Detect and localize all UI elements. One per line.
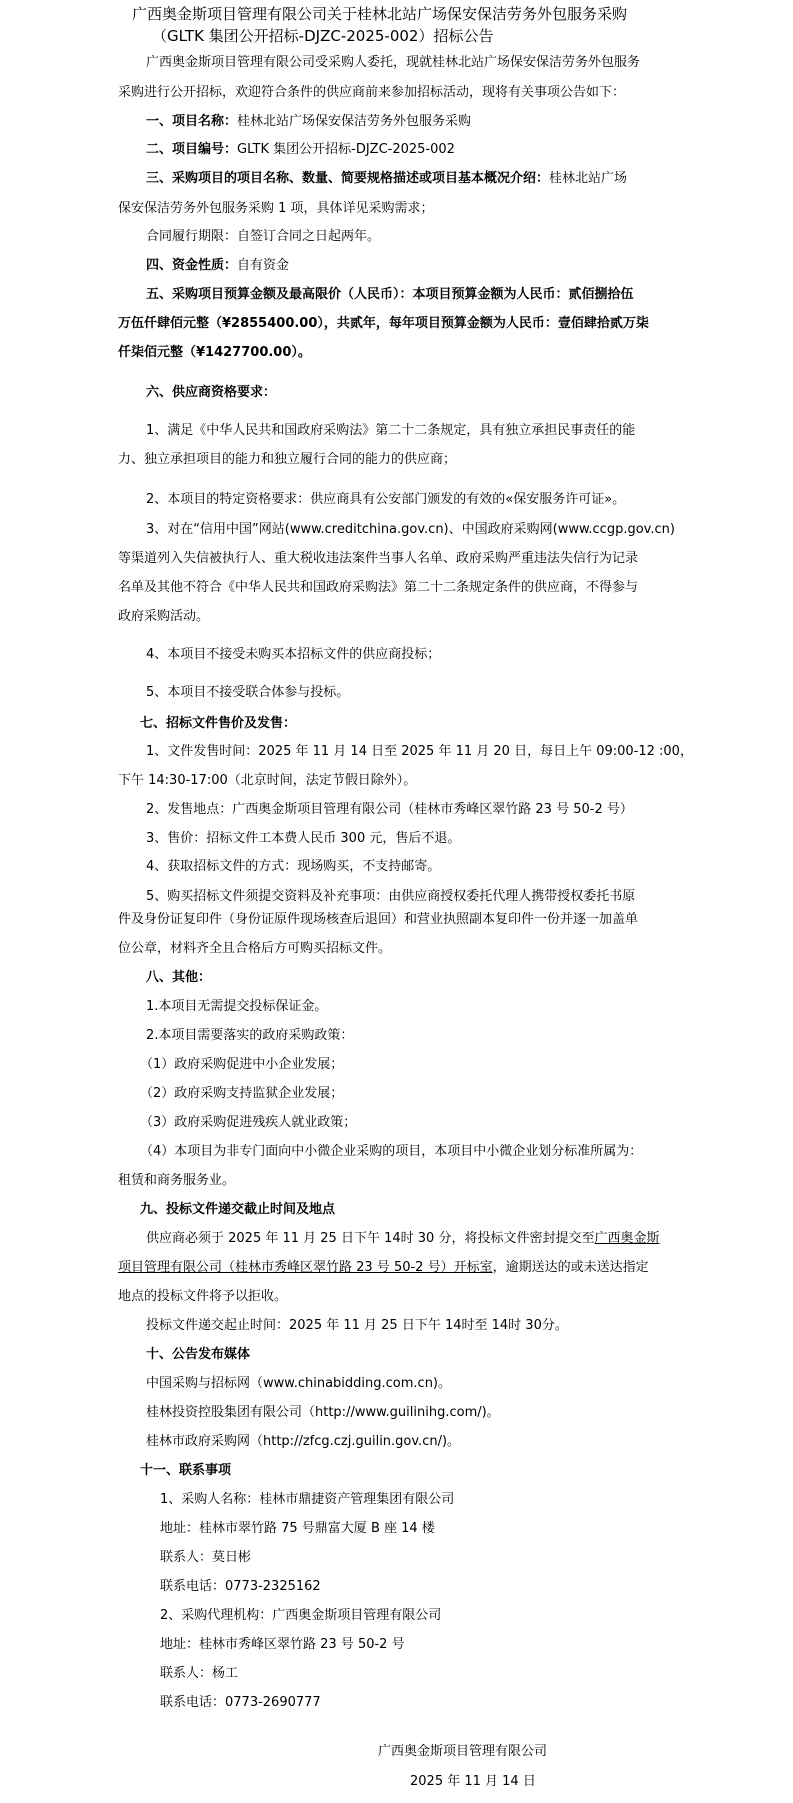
sale-time-line2: 下午 14:30-17:00（北京时间，法定节假日除外）。 [118,773,416,789]
qual-3-line4: 政府采购活动。 [118,609,209,625]
deadline-text: 供应商必须于 2025 年 11 月 25 日下午 14时 30 分，将投标文件… [146,1231,594,1246]
buyer-contact: 联系人：莫日彬 [160,1550,251,1566]
policy-4-line2: 租赁和商务服务业。 [118,1173,235,1189]
sale-time-line1: 1、文件发售时间：2025 年 11 月 14 日至 2025 年 11 月 2… [146,744,693,760]
document-title-line1: 广西奥金斯项目管理有限公司关于桂林北站广场保安保洁劳务外包服务采购 [132,5,627,23]
section-heading: 三、采购项目的项目名称、数量、简要规格描述或项目基本概况介绍： [146,171,549,186]
sale-method: 4、获取招标文件的方式：现场购买，不支持邮寄。 [146,859,440,875]
sale-docs-line2: 件及身份证复印件（身份证原件现场核查后退回）和营业执照副本复印件一份并逐一加盖单 [118,912,638,928]
agent-contact: 联系人：杨工 [160,1666,238,1682]
project-number-value: GLTK 集团公开招标-DJZC-2025-002 [237,142,455,157]
deadline-line3: 地点的投标文件将予以拒收。 [118,1289,287,1305]
qual-3-line3: 名单及其他不符合《中华人民共和国政府采购法》第二十二条规定条件的供应商，不得参与 [118,580,638,596]
signature-date: 2025 年 11 月 14 日 [410,1774,536,1790]
section-heading-deadline: 九、投标文件递交截止时间及地点 [140,1202,335,1218]
other-1: 1.本项目无需提交投标保证金。 [146,999,327,1015]
section-heading: 二、项目编号： [146,142,237,157]
agent-name: 2、采购代理机构：广西奥金斯项目管理有限公司 [160,1608,441,1624]
qual-4: 4、本项目不接受未购买本招标文件的供应商投标； [146,647,440,663]
section-heading: 一、项目名称： [146,114,237,129]
buyer-name: 1、采购人名称：桂林市鼎捷资产管理集团有限公司 [160,1492,454,1508]
buyer-address: 地址：桂林市翠竹路 75 号鼎富大厦 B 座 14 楼 [160,1521,435,1537]
agent-address: 地址：桂林市秀峰区翠竹路 23 号 50-2 号 [160,1637,405,1653]
qual-2: 2、本项目的特定资格要求：供应商具有公安部门颁发的有效的«保安服务许可证»。 [146,492,625,508]
budget-line1: 五、采购项目预算金额及最高限价（人民币）：本项目预算金额为人民币：贰佰捌拾伍 [146,287,634,303]
policy-2: （2）政府采购支持监狱企业发展； [140,1086,343,1102]
section-project-name: 一、项目名称：桂林北站广场保安保洁劳务外包服务采购 [146,114,471,130]
document-title-line2: （GLTK 集团公开招标-DJZC-2025-002）招标公告 [152,27,493,45]
funding-value: 自有资金 [237,258,289,273]
submission-window: 投标文件递交起止时间：2025 年 11 月 25 日下午 14时至 14时 3… [146,1318,568,1334]
budget-line2: 万伍仟肆佰元整（¥2855400.00），共贰年，每年项目预算金额为人民币：壹佰… [118,316,649,332]
policy-4-line1: （4）本项目为非专门面向中小微企业采购的项目，本项目中小微企业划分标准所属为： [140,1144,642,1160]
signature-company: 广西奥金斯项目管理有限公司 [378,1744,547,1760]
contract-period: 合同履行期限：自签订合同之日起两年。 [146,229,380,245]
sale-docs-line3: 位公章，材料齐全且合格后方可购买招标文件。 [118,941,391,957]
deadline-location-underlined: 项目管理有限公司（桂林市秀峰区翠竹路 23 号 50-2 号）开标室 [118,1260,493,1275]
section-heading-media: 十、公告发布媒体 [146,1347,250,1363]
section-project-number: 二、项目编号：GLTK 集团公开招标-DJZC-2025-002 [146,142,455,158]
section-heading: 四、资金性质： [146,258,237,273]
sale-price: 3、售价：招标文件工本费人民币 300 元，售后不退。 [146,831,460,847]
buyer-phone: 联系电话：0773-2325162 [160,1579,321,1595]
section-heading-other: 八、其他： [146,970,211,986]
qual-1-line2: 力、独立承担项目的能力和独立履行合同的能力的供应商； [118,452,456,468]
section-funding-nature: 四、资金性质：自有资金 [146,258,289,274]
project-name-value: 桂林北站广场保安保洁劳务外包服务采购 [237,114,471,129]
agent-phone: 联系电话：0773-2690777 [160,1695,321,1711]
deadline-line1: 供应商必须于 2025 年 11 月 25 日下午 14时 30 分，将投标文件… [146,1231,659,1247]
section-heading-sale: 七、招标文件售价及发售： [140,716,296,732]
overview-text-cont: 保安保洁劳务外包服务采购 1 项，具体详见采购需求； [118,201,434,217]
media-guilinihg: 桂林投资控股集团有限公司（http://www.guilinihg.com/)。 [146,1405,500,1421]
section-project-overview: 三、采购项目的项目名称、数量、简要规格描述或项目基本概况介绍：桂林北站广场 [146,171,627,187]
intro-line1: 广西奥金斯项目管理有限公司受采购人委托，现就桂林北站广场保安保洁劳务外包服务 [146,55,640,71]
policy-1: （1）政府采购促进中小企业发展； [140,1057,343,1073]
intro-line2: 采购进行公开招标，欢迎符合条件的供应商前来参加招标活动，现将有关事项公告如下： [118,85,625,101]
deadline-line2: 项目管理有限公司（桂林市秀峰区翠竹路 23 号 50-2 号）开标室，逾期送达的… [118,1260,649,1276]
qual-3-line2: 等渠道列入失信被执行人、重大税收违法案件当事人名单、政府采购严重违法失信行为记录 [118,551,638,567]
overview-text: 桂林北站广场 [549,171,627,186]
qual-3-line1: 3、对在“信用中国”网站(www.creditchina.gov.cn)、中国政… [146,522,675,538]
sale-location: 2、发售地点：广西奥金斯项目管理有限公司（桂林市秀峰区翠竹路 23 号 50-2… [146,802,633,818]
other-2: 2.本项目需要落实的政府采购政策： [146,1028,353,1044]
section-heading-contacts: 十一、联系事项 [140,1463,231,1479]
budget-line3: 仟柒佰元整（¥1427700.00）。 [118,345,311,361]
section-heading-qualifications: 六、供应商资格要求： [146,385,276,401]
qual-1-line1: 1、满足《中华人民共和国政府采购法》第二十二条规定，具有独立承担民事责任的能 [146,423,635,439]
sale-docs-line1: 5、购买招标文件须提交资料及补充事项：由供应商授权委托代理人携带授权委托书原 [146,889,635,905]
policy-3: （3）政府采购促进残疾人就业政策； [140,1115,356,1131]
deadline-location-underlined: 广西奥金斯 [594,1231,659,1246]
deadline-text: ，逾期送达的或未送达指定 [493,1260,649,1275]
media-zfcg: 桂林市政府采购网（http://zfcg.czj.guilin.gov.cn/)… [146,1434,460,1450]
media-chinabidding: 中国采购与招标网（www.chinabidding.com.cn)。 [146,1376,451,1392]
qual-5: 5、本项目不接受联合体参与投标。 [146,685,349,701]
